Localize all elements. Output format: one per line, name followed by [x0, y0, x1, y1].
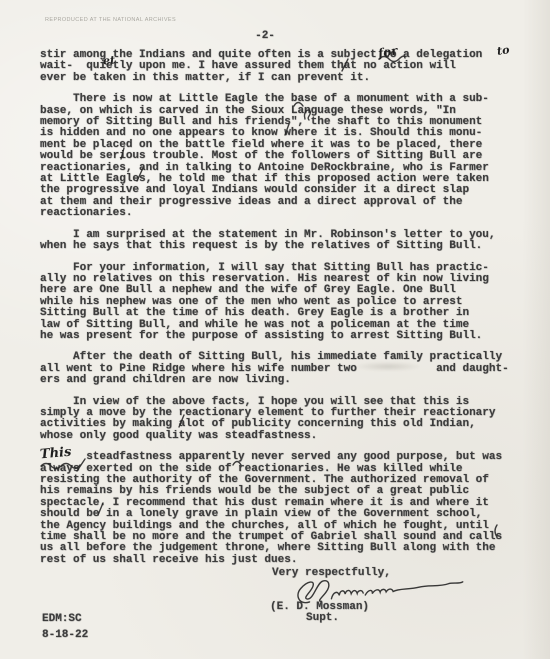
strikethrough-scribble-always [40, 458, 88, 472]
archives-stamp: REPRODUCED AT THE NATIONAL ARCHIVES [45, 17, 176, 23]
page-number: -2- [240, 31, 290, 42]
handwritten-to-insertion: to [496, 43, 510, 58]
paragraph-3: I am surprised at the statement in Mr. R… [40, 230, 530, 253]
signature-title: Supt. [306, 613, 339, 624]
typist-initials: EDM:SC [42, 614, 82, 625]
caret-mark-reactionaries [232, 457, 243, 467]
overstrike-where [283, 123, 291, 136]
overstrike-serious [118, 147, 126, 160]
strikethrough-scribble-to [378, 53, 406, 63]
strike-mark-calls [491, 524, 500, 539]
insertion-curl-the-shaft [302, 107, 314, 121]
slash-split-alot [177, 414, 186, 428]
paragraph-5: After the death of Sitting Bull, his imm… [40, 352, 530, 386]
letter-date: 8-18-22 [42, 630, 88, 641]
slash-delete-eagle-s [135, 167, 145, 182]
erased-text-smudge [356, 362, 420, 371]
space-slash-no-action [340, 58, 350, 72]
paragraph-2: There is now at Little Eagle the base of… [40, 94, 530, 219]
paragraph-6: In view of the above facts, I hope you w… [40, 397, 530, 443]
handwritten-et-correction: et [102, 53, 115, 67]
letter-page: REPRODUCED AT THE NATIONAL ARCHIVES -2- … [0, 0, 550, 659]
inserted-comma-be-in [96, 502, 105, 516]
paragraph-4: For your information, I will say that Si… [40, 263, 530, 343]
paragraph-7: steadfastness apparently never served an… [40, 452, 530, 566]
